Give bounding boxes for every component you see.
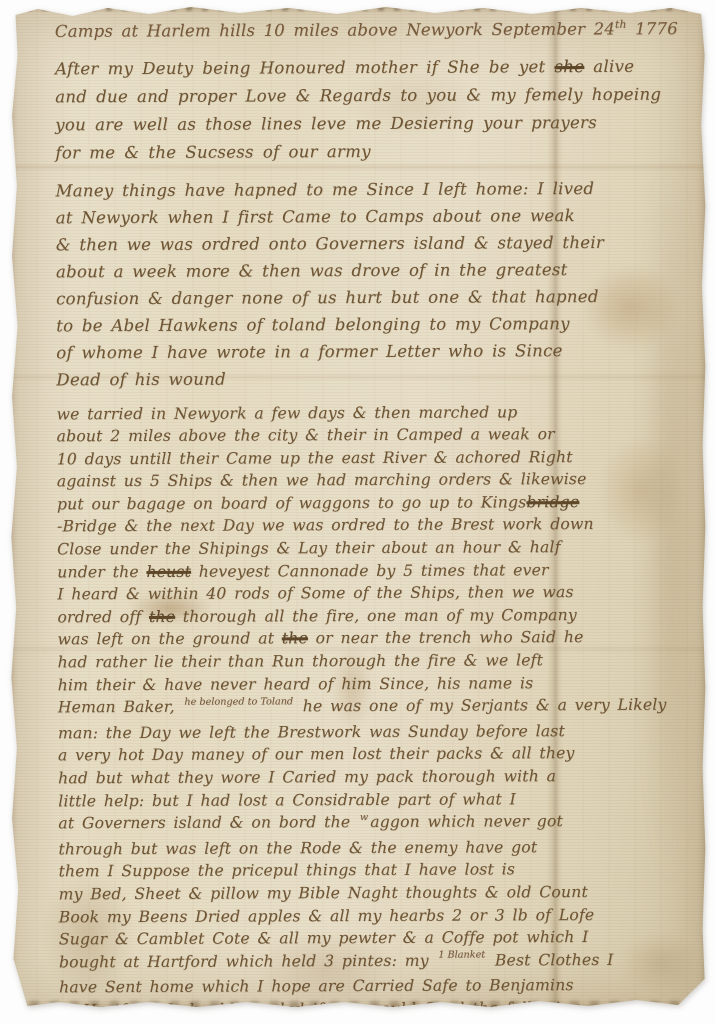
- text-segment: we tarried in Newyork a few days & then …: [57, 403, 518, 423]
- manuscript-line: of whome I have wrote in a former Letter…: [56, 336, 672, 366]
- text-segment: for me & the Sucsess of our army: [55, 141, 370, 161]
- text-segment: through but was left on the Rode & the e…: [58, 838, 537, 858]
- text-segment: alive: [584, 56, 634, 75]
- manuscript-line: had but what they wore I Caried my pack …: [58, 765, 674, 790]
- inserted-word: 1 Blanket: [438, 950, 485, 961]
- text-segment: thorough all the fire, one man of my Com…: [175, 606, 577, 626]
- text-segment: & then we was ordred onto Governers isla…: [56, 232, 604, 253]
- manuscript-line: and due and proper Love & Regards to you…: [55, 80, 671, 111]
- manuscript-line: Heman Baker, he belonged to Toland he wa…: [58, 694, 674, 722]
- text-segment: put our bagage on board of waggons to go…: [57, 493, 527, 513]
- text-segment: had but what they wore I Caried my pack …: [58, 767, 556, 787]
- text-segment: bought at Hartford which held 3 pintes: …: [59, 951, 436, 971]
- manuscript-line: you are well as those lines leve me Desi…: [55, 108, 671, 139]
- manuscript-line: him their & have never heard of him Sinc…: [58, 671, 674, 696]
- manuscript-line: put our bagage on board of waggons to go…: [57, 491, 673, 516]
- manuscript-line: -Bridge & the next Day we was ordred to …: [57, 513, 673, 538]
- letter-text: Camps at Harlem hills 10 miles above New…: [55, 12, 675, 1022]
- text-segment: about 2 miles above the city & their in …: [57, 425, 555, 445]
- manuscript-line: my Bed, Sheet & pillow my Bible Naght th…: [59, 881, 675, 906]
- manuscript-line: a very hot Day maney of our men lost the…: [58, 742, 674, 767]
- text-segment: After my Deuty being Honoured mother if …: [55, 57, 555, 78]
- superscript-text: th: [615, 18, 627, 31]
- inserted-word: he belonged to Toland: [184, 696, 293, 707]
- manuscript-line: at Newyork when I first Came to Camps ab…: [56, 201, 672, 231]
- text-segment: at Newyork when I first Came to Camps ab…: [56, 206, 575, 227]
- text-segment: you are well as those lines leve me Desi…: [55, 112, 597, 133]
- manuscript-line: little help: but I had lost a Considrabl…: [58, 787, 674, 812]
- text-segment: aggon which never got: [370, 812, 563, 831]
- deckled-edge-top: [10, 5, 706, 11]
- struck-word: heust: [146, 562, 191, 580]
- manuscript-line: have Sent home which I hope are Carried …: [59, 974, 675, 999]
- manuscript-line: through but was left on the Rode & the e…: [58, 835, 674, 860]
- struck-word: bridge: [526, 493, 579, 511]
- text-segment: and due and proper Love & Regards to you…: [55, 84, 661, 106]
- manuscript-line: I heard & within 40 rods of Some of the …: [57, 581, 673, 606]
- text-segment: confusion & danger none of us hurt but o…: [56, 286, 599, 307]
- manuscript-line: Close under the Shipings & Lay their abo…: [57, 536, 673, 561]
- text-segment: Maney things have hapned to me Since I l…: [56, 178, 595, 199]
- text-segment: was left on the ground at: [57, 630, 281, 649]
- manuscript-line: Sugar & Camblet Cote & all my pewter & a…: [59, 926, 675, 951]
- manuscript-line: 10 days untill their Came up the east Ri…: [57, 445, 673, 470]
- scan-background: Camps at Harlem hills 10 miles above New…: [0, 0, 715, 1024]
- manuscript-line: at Hartford: I should be glad if you wou…: [59, 997, 675, 1022]
- inserted-word: w: [360, 812, 368, 823]
- text-segment: about a week more & then was drove of in…: [56, 260, 568, 281]
- manuscript-line: Dead of his wound: [56, 363, 672, 393]
- paragraph-salutation: After my Deuty being Honoured mother if …: [55, 52, 671, 167]
- text-segment: Close under the Shipings & Lay their abo…: [57, 538, 561, 558]
- text-segment: a very hot Day maney of our men lost the…: [58, 744, 575, 764]
- paragraph-dateline: Camps at Harlem hills 10 miles above New…: [55, 12, 671, 45]
- struck-word: the: [282, 630, 308, 648]
- manuscript-line: about 2 miles above the city & their in …: [57, 423, 673, 448]
- text-segment: -Bridge & the next Day we was ordred to …: [57, 515, 594, 535]
- manuscript-line: against us 5 Ships & then we had marchin…: [57, 468, 673, 493]
- text-segment: against us 5 Ships & then we had marchin…: [57, 470, 587, 490]
- manuscript-line: had rather lie their than Run thorough t…: [58, 649, 674, 674]
- text-segment: my Bed, Sheet & pillow my Bible Naght th…: [59, 883, 588, 903]
- manuscript-line: for me & the Sucsess of our army: [55, 136, 671, 167]
- text-segment: I heard & within 40 rods of Some of the …: [57, 583, 573, 603]
- text-segment: of whome I have wrote in a former Letter…: [56, 341, 562, 362]
- manuscript-line: ordred off the thorough all the fire, on…: [57, 603, 673, 628]
- text-segment: heveyest Cannonade by 5 times that ever: [191, 561, 549, 581]
- manuscript-line: Maney things have hapned to me Since I l…: [56, 174, 672, 204]
- letter-page: Camps at Harlem hills 10 miles above New…: [10, 5, 706, 1009]
- text-segment: under the: [57, 563, 146, 581]
- text-segment: he was one of my Serjants & a very Likel…: [295, 696, 666, 716]
- manuscript-line: confusion & danger none of us hurt but o…: [56, 282, 672, 312]
- manuscript-line: we tarried in Newyork a few days & then …: [56, 400, 672, 425]
- text-segment: at Governers island & on bord the: [58, 813, 358, 832]
- manuscript-line: to be Abel Hawkens of toland belonging t…: [56, 309, 672, 339]
- text-segment: have Sent home which I hope are Carried …: [59, 976, 574, 996]
- text-segment: to be Abel Hawkens of toland belonging t…: [56, 314, 570, 335]
- text-segment: Camps at Harlem hills 10 miles above New…: [55, 19, 615, 40]
- paragraph-march: we tarried in Newyork a few days & then …: [56, 400, 675, 1022]
- paragraph-news: Maney things have hapned to me Since I l…: [56, 174, 673, 393]
- text-segment: 1776: [627, 19, 678, 38]
- text-segment: Best Clothes I: [487, 951, 613, 970]
- manuscript-line: Camps at Harlem hills 10 miles above New…: [55, 12, 671, 45]
- manuscript-line: After my Deuty being Honoured mother if …: [55, 52, 671, 83]
- text-segment: 10 days untill their Came up the east Ri…: [57, 448, 573, 468]
- manuscript-line: & then we was ordred onto Governers isla…: [56, 228, 672, 258]
- manuscript-line: about a week more & then was drove of in…: [56, 255, 672, 285]
- text-segment: Dead of his wound: [56, 369, 226, 389]
- struck-word: the: [149, 608, 175, 626]
- text-segment: Sugar & Camblet Cote & all my pewter & a…: [59, 928, 589, 948]
- manuscript-line: bought at Hartford which held 3 pintes: …: [59, 948, 675, 976]
- text-segment: him their & have never heard of him Sinc…: [58, 674, 534, 694]
- manuscript-line: at Governers island & on bord the waggon…: [58, 810, 674, 838]
- manuscript-line: them I Suppose the pricepul things that …: [58, 858, 674, 883]
- text-segment: had rather lie their than Run thorough t…: [58, 651, 544, 671]
- text-segment: ordred off: [57, 608, 149, 626]
- manuscript-line: man: the Day we left the Brestwork was S…: [58, 719, 674, 744]
- letter-page-wrap: Camps at Harlem hills 10 miles above New…: [10, 5, 706, 1009]
- text-segment: Heman Baker,: [58, 698, 183, 717]
- text-segment: man: the Day we left the Brestwork was S…: [58, 722, 565, 742]
- text-segment: little help: but I had lost a Considrabl…: [58, 790, 516, 810]
- manuscript-line: was left on the ground at the or near th…: [57, 626, 673, 651]
- text-segment: at Hartford: I should be glad if you wou…: [59, 999, 581, 1019]
- text-segment: or near the trench who Said he: [308, 628, 584, 647]
- text-segment: them I Suppose the pricepul things that …: [59, 861, 516, 881]
- text-segment: Book my Beens Dried apples & all my hear…: [59, 906, 595, 926]
- manuscript-line: under the heust heveyest Cannonade by 5 …: [57, 558, 673, 583]
- struck-word: she: [554, 57, 584, 76]
- manuscript-line: Book my Beens Dried apples & all my hear…: [59, 903, 675, 928]
